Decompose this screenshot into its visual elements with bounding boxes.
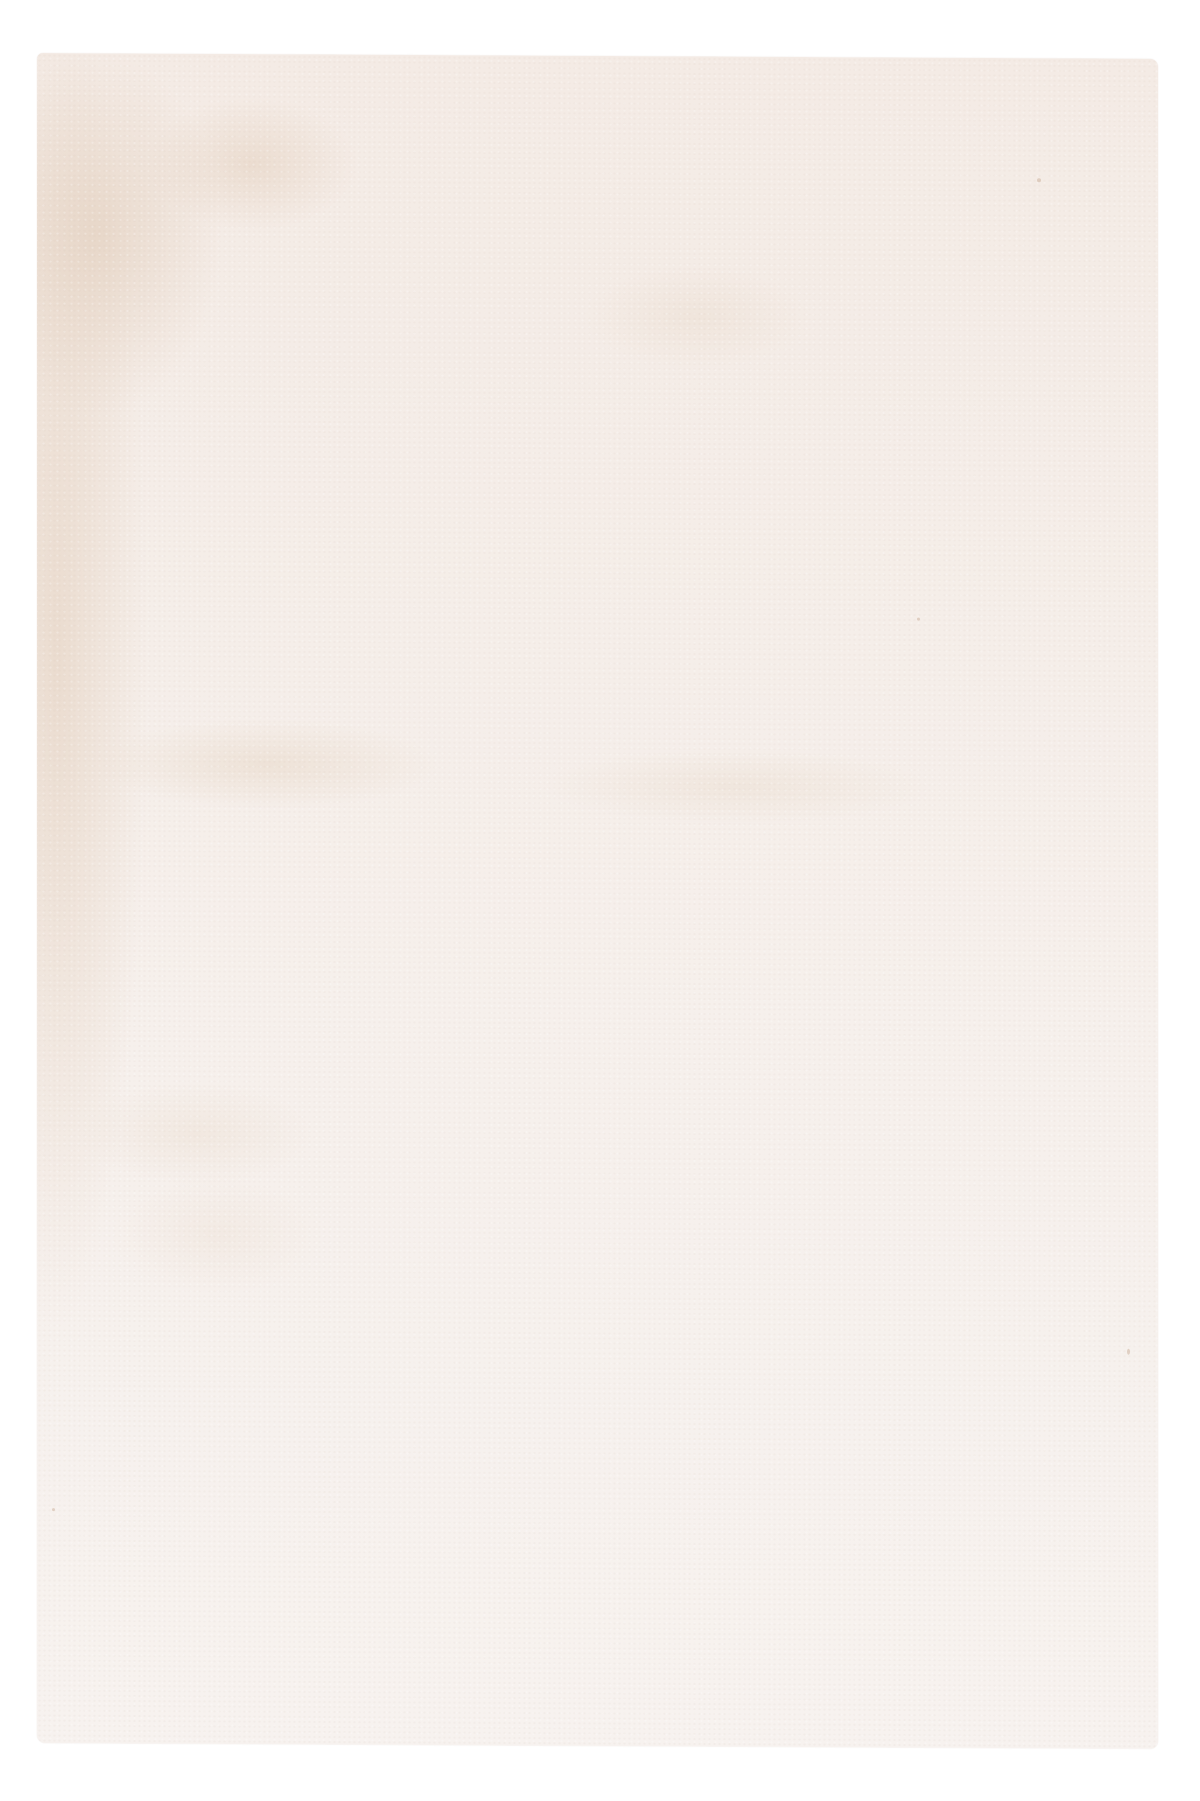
product-photo-scene xyxy=(0,0,1200,1801)
fiber-fleck xyxy=(52,1508,55,1511)
fiber-fleck xyxy=(1127,1349,1130,1355)
fiber-fleck xyxy=(1037,178,1041,182)
cream-plush-rug xyxy=(37,53,1158,1749)
rug-pile-texture xyxy=(37,53,1158,1749)
fiber-fleck xyxy=(917,618,920,621)
